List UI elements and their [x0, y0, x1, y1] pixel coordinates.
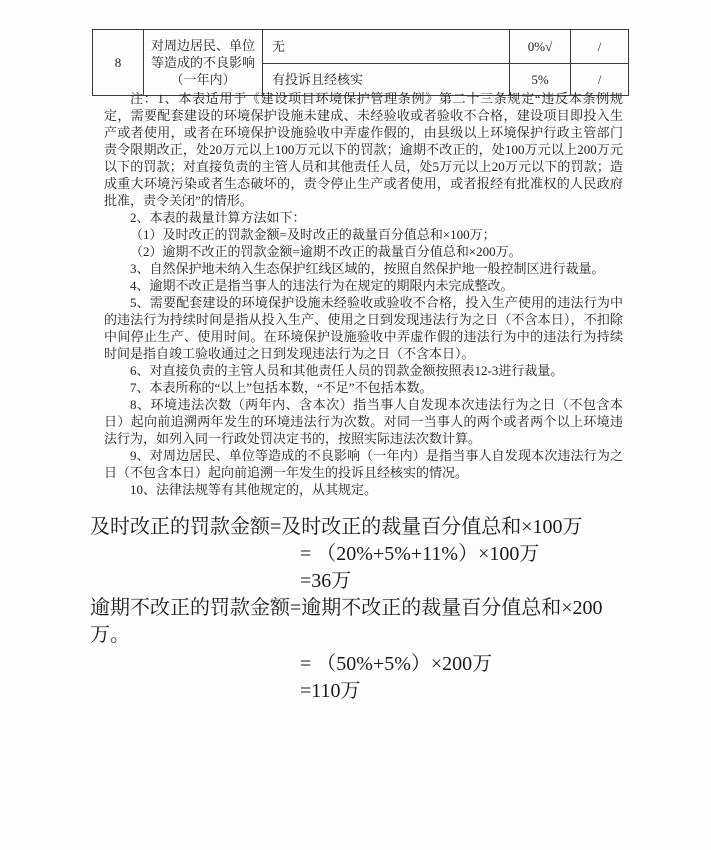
- note-item: 7、本表所称的“以上”包括本数，“不足”不包括本数。: [104, 379, 623, 396]
- note-item: （1）及时改正的罚款金额=及时改正的裁量百分值总和×100万；: [104, 226, 623, 243]
- calculation-section: 及时改正的罚款金额=及时改正的裁量百分值总和×100万 = （20%+5%+11…: [90, 514, 634, 705]
- note-item: 10、法律法规等有其他规定的，从其规定。: [104, 481, 623, 498]
- note-item: （2）逾期不改正的罚款金额=逾期不改正的裁量百分值总和×200万。: [104, 243, 623, 260]
- note-item: 9、对周边居民、单位等造成的不良影响（一年内）是指当事人自发现本次违法行为之日（…: [104, 447, 623, 481]
- calc-line: 逾期不改正的罚款金额=逾期不改正的裁量百分值总和×200万。: [90, 595, 634, 649]
- note-item: 注：1、本表适用于《建设项目环境保护管理条例》第二十三条规定“违反本条例规定，需…: [104, 90, 623, 209]
- note-item: 6、对直接负责的主管人员和其他责任人员的罚款金额按照表12-3进行裁量。: [104, 362, 623, 379]
- calc-line: = （20%+5%+11%）×100万: [90, 541, 634, 568]
- note-item: 2、本表的裁量计算方法如下：: [104, 209, 623, 226]
- category-cell: 对周边居民、单位等造成的不良影响（一年内）: [144, 30, 263, 96]
- penalty-table: 8 对周边居民、单位等造成的不良影响（一年内） 无 0%√ / 有投诉且经核实 …: [92, 29, 629, 96]
- remark-cell: /: [571, 30, 629, 64]
- calc-line: =36万: [90, 568, 634, 595]
- note-item: 4、逾期不改正是指当事人的违法行为在规定的期限内未完成整改。: [104, 277, 623, 294]
- note-item: 8、环境违法次数（两年内、含本次）指当事人自发现本次违法行为之日（不包含本日）起…: [104, 396, 623, 447]
- note-item: 3、自然保护地未纳入生态保护红线区域的，按照自然保护地一般控制区进行裁量。: [104, 260, 623, 277]
- table-row: 8 对周边居民、单位等造成的不良影响（一年内） 无 0%√ /: [93, 30, 629, 64]
- calc-line: =110万: [90, 678, 634, 705]
- note-item: 5、需要配套建设的环境保护设施未经验收或验收不合格，投入生产使用的违法行为中的违…: [104, 294, 623, 362]
- notes-section: 注：1、本表适用于《建设项目环境保护管理条例》第二十三条规定“违反本条例规定，需…: [104, 90, 623, 498]
- row-number-cell: 8: [93, 30, 144, 96]
- calc-line: = （50%+5%）×200万: [90, 651, 634, 678]
- calc-line: 及时改正的罚款金额=及时改正的裁量百分值总和×100万: [90, 514, 634, 541]
- document-page: 8 对周边居民、单位等造成的不良影响（一年内） 无 0%√ / 有投诉且经核实 …: [0, 0, 711, 850]
- value-cell: 0%√: [510, 30, 571, 64]
- condition-cell: 无: [263, 30, 510, 64]
